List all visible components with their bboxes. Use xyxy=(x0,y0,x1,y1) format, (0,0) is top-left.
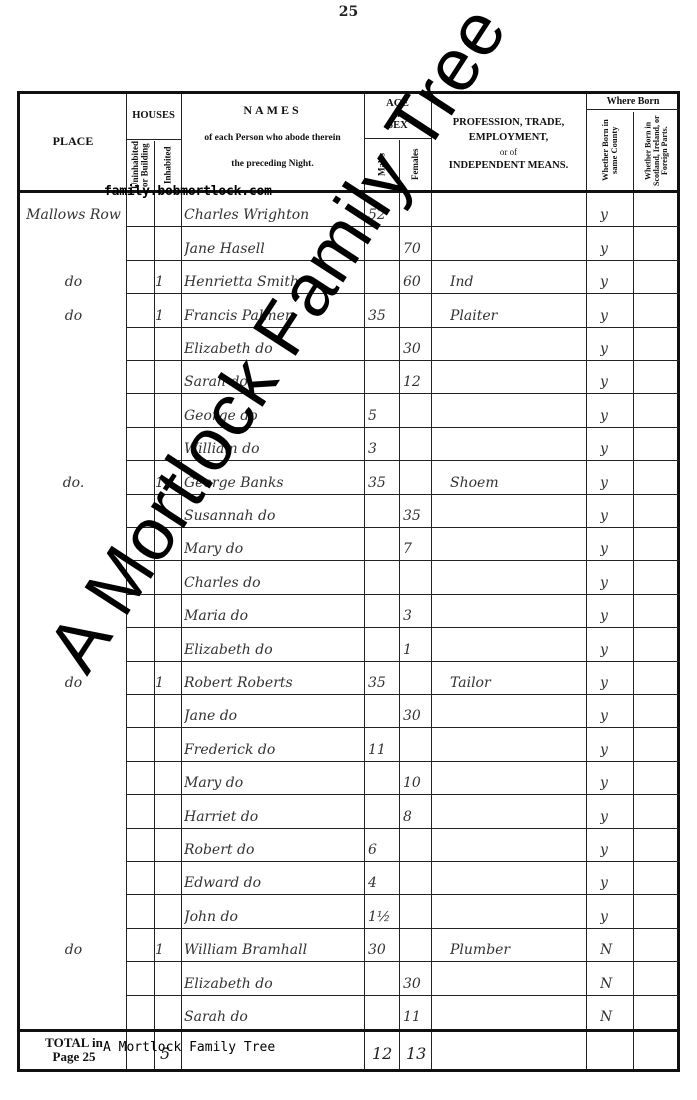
cell-females: 35 xyxy=(403,494,431,527)
cell-females: 1 xyxy=(403,627,431,660)
cell-males: 5 xyxy=(368,393,399,426)
cell-place xyxy=(22,226,125,259)
col-divider xyxy=(181,94,182,1069)
cell-inhabited xyxy=(155,627,181,660)
header-houses-inhabited: Inhabited xyxy=(155,140,181,190)
cell-profession xyxy=(450,894,586,927)
cell-name: Charles do xyxy=(184,560,364,593)
total-females: 13 xyxy=(406,1044,426,1063)
cell-females xyxy=(403,928,431,961)
header-houses: HOUSES xyxy=(126,94,181,139)
watermark-site: family.bobmortlock.com xyxy=(104,184,272,199)
cell-place xyxy=(22,327,125,360)
cell-females: 3 xyxy=(403,594,431,627)
cell-born-elsewhere xyxy=(637,828,680,861)
cell-born-same-county: y xyxy=(600,694,633,727)
cell-born-same-county: y xyxy=(600,727,633,760)
col-divider xyxy=(586,94,587,1069)
cell-males xyxy=(368,594,399,627)
cell-males xyxy=(368,560,399,593)
cell-females: 30 xyxy=(403,327,431,360)
cell-place: do xyxy=(22,928,125,961)
header-names: NAMES xyxy=(181,102,364,120)
cell-females: 10 xyxy=(403,761,431,794)
cell-males xyxy=(368,961,399,994)
cell-males xyxy=(368,494,399,527)
cell-born-same-county: y xyxy=(600,661,633,694)
cell-name: Robert Roberts xyxy=(184,661,364,694)
cell-born-elsewhere xyxy=(637,427,680,460)
cell-profession xyxy=(450,727,586,760)
header-profession-4: INDEPENDENT MEANS. xyxy=(431,159,586,173)
cell-born-elsewhere xyxy=(637,727,680,760)
cell-inhabited xyxy=(155,327,181,360)
cell-profession xyxy=(450,494,586,527)
cell-born-same-county: y xyxy=(600,560,633,593)
cell-place xyxy=(22,828,125,861)
cell-born-same-county: y xyxy=(600,427,633,460)
cell-inhabited xyxy=(155,360,181,393)
cell-born-elsewhere xyxy=(637,560,680,593)
header-houses-uninhabited: Uninhabited or Building xyxy=(127,140,154,190)
cell-born-elsewhere xyxy=(637,360,680,393)
cell-males: 6 xyxy=(368,828,399,861)
cell-profession xyxy=(450,694,586,727)
header-born-same-county: Whether Born in same County xyxy=(587,111,633,190)
cell-born-same-county: y xyxy=(600,527,633,560)
cell-females xyxy=(403,894,431,927)
cell-place: do xyxy=(22,260,125,293)
cell-females: 60 xyxy=(403,260,431,293)
cell-born-same-county: y xyxy=(600,828,633,861)
cell-place xyxy=(22,360,125,393)
header-where-born: Where Born xyxy=(586,94,680,109)
cell-born-same-county: y xyxy=(600,761,633,794)
col-divider xyxy=(633,112,634,1069)
cell-males: 1½ xyxy=(368,894,399,927)
cell-born-elsewhere xyxy=(637,460,680,493)
cell-profession xyxy=(450,193,586,226)
cell-profession xyxy=(450,360,586,393)
cell-born-elsewhere xyxy=(637,226,680,259)
cell-name: Edward do xyxy=(184,861,364,894)
cell-born-elsewhere xyxy=(637,193,680,226)
cell-females: 30 xyxy=(403,961,431,994)
cell-inhabited: 1 xyxy=(155,260,181,293)
cell-name: Harriet do xyxy=(184,794,364,827)
cell-place xyxy=(22,894,125,927)
cell-born-elsewhere xyxy=(637,293,680,326)
cell-profession: Plaiter xyxy=(450,293,586,326)
cell-males xyxy=(368,527,399,560)
header-profession-3: or of xyxy=(431,146,586,158)
cell-name: William Bramhall xyxy=(184,928,364,961)
cell-born-same-county: y xyxy=(600,360,633,393)
cell-name: John do xyxy=(184,894,364,927)
cell-name: Mary do xyxy=(184,761,364,794)
cell-males xyxy=(368,794,399,827)
cell-profession: Shoem xyxy=(450,460,586,493)
col-divider xyxy=(431,94,432,1069)
cell-males xyxy=(368,327,399,360)
page-number: 25 xyxy=(0,4,697,20)
cell-profession xyxy=(450,327,586,360)
cell-born-same-county: y xyxy=(600,627,633,660)
cell-males: 11 xyxy=(368,727,399,760)
cell-born-elsewhere xyxy=(637,794,680,827)
cell-born-same-county: y xyxy=(600,260,633,293)
cell-place xyxy=(22,727,125,760)
cell-females: 11 xyxy=(403,995,431,1028)
cell-born-elsewhere xyxy=(637,928,680,961)
header-place: PLACE xyxy=(20,94,126,190)
cell-born-same-county: y xyxy=(600,460,633,493)
cell-profession: Ind xyxy=(450,260,586,293)
cell-profession xyxy=(450,427,586,460)
total-rule xyxy=(20,1029,680,1032)
cell-place: do xyxy=(22,293,125,326)
cell-females xyxy=(403,661,431,694)
cell-inhabited xyxy=(155,828,181,861)
cell-females xyxy=(403,393,431,426)
cell-females: 7 xyxy=(403,527,431,560)
cell-females: 70 xyxy=(403,226,431,259)
where-born-divider xyxy=(586,109,680,110)
cell-place xyxy=(22,961,125,994)
cell-males xyxy=(368,627,399,660)
cell-profession xyxy=(450,828,586,861)
cell-males: 3 xyxy=(368,427,399,460)
cell-males xyxy=(368,995,399,1028)
cell-born-elsewhere xyxy=(637,494,680,527)
cell-females xyxy=(403,861,431,894)
cell-place xyxy=(22,861,125,894)
cell-born-same-county: y xyxy=(600,794,633,827)
cell-born-elsewhere xyxy=(637,594,680,627)
col-divider xyxy=(399,140,400,1069)
cell-inhabited xyxy=(155,961,181,994)
cell-born-elsewhere xyxy=(637,961,680,994)
cell-profession xyxy=(450,995,586,1028)
cell-name: Robert do xyxy=(184,828,364,861)
cell-name: Frederick do xyxy=(184,727,364,760)
cell-born-same-county: y xyxy=(600,494,633,527)
cell-born-same-county: y xyxy=(600,193,633,226)
total-males: 12 xyxy=(372,1044,392,1063)
cell-inhabited xyxy=(155,794,181,827)
cell-inhabited xyxy=(155,594,181,627)
cell-profession: Plumber xyxy=(450,928,586,961)
cell-profession xyxy=(450,761,586,794)
cell-name: Elizabeth do xyxy=(184,961,364,994)
cell-born-elsewhere xyxy=(637,661,680,694)
cell-inhabited: 1 xyxy=(155,293,181,326)
cell-born-same-county: N xyxy=(600,961,633,994)
cell-born-same-county: y xyxy=(600,226,633,259)
cell-born-same-county: y xyxy=(600,293,633,326)
cell-inhabited: 1 xyxy=(155,661,181,694)
cell-inhabited xyxy=(155,761,181,794)
cell-born-elsewhere xyxy=(637,694,680,727)
cell-place xyxy=(22,761,125,794)
cell-place xyxy=(22,995,125,1028)
cell-profession xyxy=(450,560,586,593)
cell-females xyxy=(403,427,431,460)
cell-females xyxy=(403,460,431,493)
cell-males xyxy=(368,360,399,393)
cell-males: 4 xyxy=(368,861,399,894)
cell-profession xyxy=(450,226,586,259)
cell-born-elsewhere xyxy=(637,995,680,1028)
cell-inhabited xyxy=(155,694,181,727)
cell-inhabited xyxy=(155,861,181,894)
cell-females: 30 xyxy=(403,694,431,727)
cell-females: 8 xyxy=(403,794,431,827)
cell-place xyxy=(22,393,125,426)
cell-males: 35 xyxy=(368,293,399,326)
cell-females xyxy=(403,293,431,326)
cell-females: 12 xyxy=(403,360,431,393)
cell-females xyxy=(403,560,431,593)
cell-place xyxy=(22,794,125,827)
cell-born-same-county: y xyxy=(600,594,633,627)
cell-profession xyxy=(450,594,586,627)
cell-name: Sarah do xyxy=(184,995,364,1028)
header-names-sub1: of each Person who abode therein xyxy=(181,130,364,146)
cell-profession xyxy=(450,794,586,827)
cell-place xyxy=(22,694,125,727)
cell-profession: Tailor xyxy=(450,661,586,694)
header-born-elsewhere: Whether Born in Scotland, Ireland, or Fo… xyxy=(634,111,680,190)
cell-name: Jane do xyxy=(184,694,364,727)
cell-females xyxy=(403,828,431,861)
cell-name: Maria do xyxy=(184,594,364,627)
cell-males xyxy=(368,761,399,794)
cell-profession xyxy=(450,393,586,426)
cell-inhabited: 1 xyxy=(155,928,181,961)
cell-males xyxy=(368,694,399,727)
cell-born-same-county: y xyxy=(600,393,633,426)
cell-inhabited xyxy=(155,727,181,760)
cell-born-elsewhere xyxy=(637,894,680,927)
cell-born-elsewhere xyxy=(637,527,680,560)
cell-profession xyxy=(450,627,586,660)
cell-name: Elizabeth do xyxy=(184,627,364,660)
cell-place xyxy=(22,427,125,460)
cell-born-elsewhere xyxy=(637,627,680,660)
cell-born-elsewhere xyxy=(637,393,680,426)
cell-females xyxy=(403,727,431,760)
cell-born-elsewhere xyxy=(637,761,680,794)
cell-born-same-county: N xyxy=(600,928,633,961)
cell-born-elsewhere xyxy=(637,327,680,360)
cell-profession xyxy=(450,861,586,894)
cell-inhabited xyxy=(155,894,181,927)
cell-males: 30 xyxy=(368,928,399,961)
cell-males: 35 xyxy=(368,460,399,493)
cell-born-same-county: y xyxy=(600,327,633,360)
cell-profession xyxy=(450,961,586,994)
cell-name: Mary do xyxy=(184,527,364,560)
cell-males: 35 xyxy=(368,661,399,694)
cell-born-elsewhere xyxy=(637,861,680,894)
cell-born-elsewhere xyxy=(637,260,680,293)
watermark-caption: A Mortlock Family Tree xyxy=(103,1040,275,1055)
cell-born-same-county: y xyxy=(600,861,633,894)
cell-inhabited xyxy=(155,226,181,259)
cell-born-same-county: y xyxy=(600,894,633,927)
cell-place: do. xyxy=(22,460,125,493)
cell-inhabited xyxy=(155,995,181,1028)
cell-profession xyxy=(450,527,586,560)
cell-born-same-county: N xyxy=(600,995,633,1028)
